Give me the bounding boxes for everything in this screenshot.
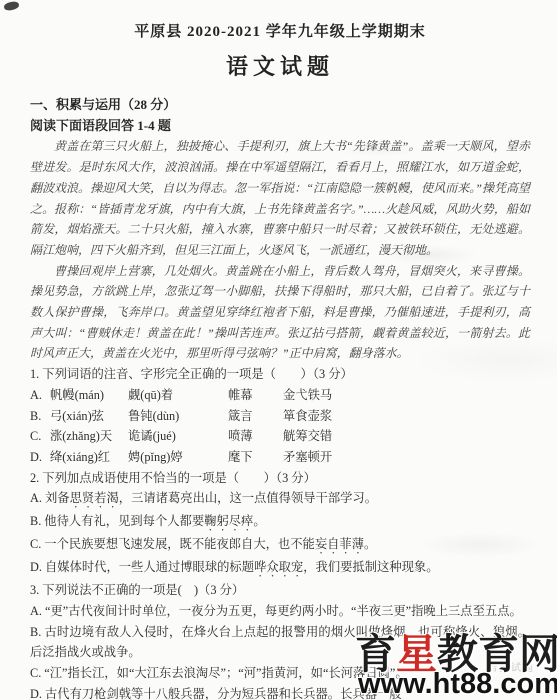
question-3-option-b: B.古时边境有敌人入侵时，在烽火台上点起的报警用的烟火叫做烽烟，也可称烽火、狼烟… — [30, 622, 530, 663]
option-text: 一个民族要想飞速发展，既不能夜郎自大，也不能 — [44, 537, 315, 551]
option-text: “江”指长江，如“大江东去浪淘尽”；“河”指黄河，如“长河落日圆”。 — [44, 666, 407, 680]
question-1-stem: 1. 下列词语的注音、字形完全正确的一项是（ ）（3 分） — [30, 364, 530, 385]
question-3-option-d: D.古代有刀枪剑戟等十八般兵器，分为短兵器和长兵器。长兵器一般 — [30, 684, 530, 700]
question-1-option-d: D. 绛(xiáng)红 娉(pǐng)婷 麾下 矛塞顿开 — [30, 447, 530, 468]
word-item: 觑(qū)着 — [128, 385, 228, 406]
question-1-option-a: A. 帆幔(mán) 觑(qū)着 帷幕 金弋铁马 — [30, 385, 530, 406]
question-2-option-d: D.自媒体时代，一些人通过博眼球的标题哗众取宠，我们要抵制这种现象。 — [30, 557, 530, 580]
word-item: 涨(zhǎng)天 — [50, 426, 128, 447]
option-label: C. — [30, 666, 41, 680]
word-item: 箴言 — [228, 406, 283, 427]
question-3: 3. 下列说法不正确的一项是( )（3 分） A.“更”古代夜间计时单位，一夜分… — [30, 580, 530, 700]
word-item: 帆幔(mán) — [50, 385, 128, 406]
option-label: D. — [30, 447, 50, 468]
option-label: B. — [30, 514, 41, 528]
option-label: A. — [30, 491, 42, 505]
option-text: 古时边境有敌人入侵时，在烽火台上点起的报警用的烟火叫做烽烟，也可称烽火、狼烟。后… — [30, 625, 530, 660]
exam-title-line2: 语文试题 — [30, 50, 530, 81]
question-2-stem: 2. 下列加点成语使用不恰当的一项是（ ）（3 分） — [30, 468, 530, 489]
question-2-option-c: C.一个民族要想飞速发展，既不能夜郎自大，也不能妄自菲薄。 — [30, 534, 530, 557]
option-label: B. — [30, 625, 41, 639]
word-item: 喷薄 — [228, 426, 283, 447]
word-item: 弓(xián)弦 — [50, 406, 128, 427]
option-text: 刘备 — [45, 491, 70, 505]
option-text: “更”古代夜间计时单位，一夜分为五更，每更约两小时。“半夜三更”指晚上三点至五点… — [45, 604, 522, 618]
option-text: 。 — [253, 514, 265, 528]
option-text: 。 — [364, 537, 376, 551]
reading-instruction: 阅读下面语段回答 1-4 题 — [30, 116, 530, 137]
reading-passage: 黄盖在第三只火船上，独披掩心、手提利刃，旗上大书“先锋黄盖”。盖乘一天顺风，望赤… — [30, 136, 530, 364]
option-label: C. — [30, 537, 41, 551]
page-footer-faint: 语文试题 — [487, 659, 535, 674]
question-2: 2. 下列加点成语使用不恰当的一项是（ ）（3 分） A.刘备思贤若渴，三请诸葛… — [30, 468, 530, 581]
option-text: 古代有刀枪剑戟等十八般兵器，分为短兵器和长兵器。长兵器一般 — [45, 687, 402, 700]
option-text: 他待人有礼，见到每个人都要 — [44, 514, 204, 528]
passage-paragraph-2: 曹操回观岸上营寨，几处烟火。黄盖跳在小船上，背后数人驾舟，冒烟突火，来寻曹操。操… — [30, 261, 530, 365]
question-2-option-b: B.他待人有礼，见到每个人都要鞠躬尽瘁。 — [30, 511, 530, 534]
exam-paper-page: 平原县 2020-2021 学年九年级上学期期末 语文试题 一、积累与运用（28… — [0, 0, 557, 700]
word-item: 绛(xiáng)红 — [50, 447, 128, 468]
question-2-option-a: A.刘备思贤若渴，三请诸葛亮出山，这一点值得领导干部学习。 — [30, 488, 530, 511]
option-label: D. — [30, 687, 42, 700]
question-3-option-c: C.“江”指长江，如“大江东去浪淘尽”；“河”指黄河，如“长河落日圆”。 — [30, 663, 530, 684]
question-1-option-b: B. 弓(xián)弦 鲁钝(dùn) 箴言 箪食壶浆 — [30, 406, 530, 427]
word-item: 箪食壶浆 — [283, 406, 530, 427]
option-text: 自媒体时代，一些人通过博眼球的标题 — [45, 560, 254, 574]
question-1-option-c: C. 涨(zhǎng)天 诡谲(jué) 喷薄 觥筹交错 — [30, 426, 530, 447]
option-label: A. — [30, 604, 42, 618]
section-heading: 一、积累与运用（28 分） — [30, 95, 530, 116]
option-label: B. — [30, 406, 50, 427]
word-item: 鲁钝(dùn) — [128, 406, 228, 427]
emphasized-idiom: 哗众取宠 — [254, 560, 303, 574]
emphasized-idiom: 妄自菲薄 — [315, 537, 364, 551]
question-1: 1. 下列词语的注音、字形完全正确的一项是（ ）（3 分） A. 帆幔(mán)… — [30, 364, 530, 468]
option-label: A. — [30, 385, 50, 406]
document-body: 平原县 2020-2021 学年九年级上学期期末 语文试题 一、积累与运用（28… — [0, 0, 557, 700]
option-label: D. — [30, 560, 42, 574]
option-text: ，三请诸葛亮出山，这一点值得领导干部学习。 — [119, 491, 377, 505]
option-text: ，我们要抵制这种现象。 — [303, 560, 438, 574]
word-item: 帷幕 — [228, 385, 283, 406]
emphasized-idiom: 鞠躬尽瘁 — [204, 514, 253, 528]
exam-title-line1: 平原县 2020-2021 学年九年级上学期期末 — [30, 20, 530, 41]
option-label: C. — [30, 426, 50, 447]
word-item: 娉(pǐng)婷 — [128, 447, 228, 468]
word-item: 麾下 — [228, 447, 283, 468]
emphasized-idiom: 思贤若渴 — [70, 491, 119, 505]
passage-paragraph-1: 黄盖在第三只火船上，独披掩心、手提利刃，旗上大书“先锋黄盖”。盖乘一天顺风，望赤… — [30, 136, 530, 260]
question-3-option-a: A.“更”古代夜间计时单位，一夜分为五更，每更约两小时。“半夜三更”指晚上三点至… — [30, 601, 530, 622]
word-item: 诡谲(jué) — [128, 426, 228, 447]
word-item: 觥筹交错 — [283, 426, 530, 447]
word-item: 金弋铁马 — [283, 385, 530, 406]
word-item: 矛塞顿开 — [283, 447, 530, 468]
question-3-stem: 3. 下列说法不正确的一项是( )（3 分） — [30, 580, 530, 601]
